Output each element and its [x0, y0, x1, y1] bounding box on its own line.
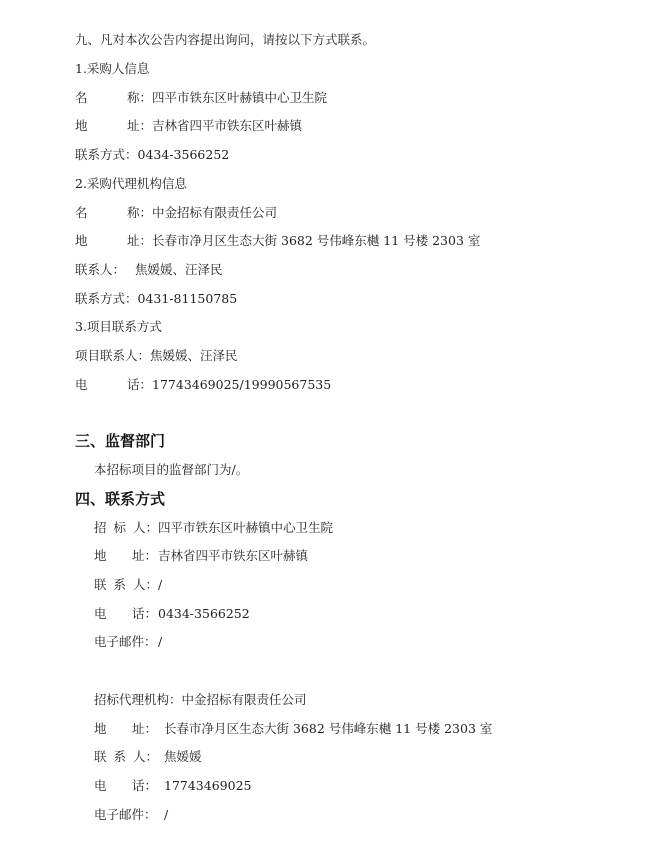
purchaser-name: 四平市铁东区叶赫镇中心卫生院 — [152, 90, 327, 105]
label-char: 联 — [94, 749, 107, 765]
supervision-text: 本招标项目的监督部门为/。 — [94, 462, 248, 478]
agency-name: 中金招标有限责任公司 — [152, 205, 277, 220]
agency-address: 长春市净月区生态大街 3682 号伟峰东樾 11 号楼 2303 室 — [152, 233, 480, 248]
agency-address: 长春市净月区生态大街 3682 号伟峰东樾 11 号楼 2303 室 — [164, 721, 492, 736]
tenderer-email-row: 电子邮件：/ — [94, 634, 162, 650]
label: 联系人： — [94, 577, 158, 593]
agency-info-title: 2.采购代理机构信息 — [75, 176, 187, 192]
tenderer-person-row: 联系人：/ — [94, 577, 162, 593]
section-four-heading: 四、联系方式 — [75, 489, 165, 509]
label-char: 系 — [113, 577, 126, 593]
label: 名 — [75, 205, 127, 221]
label-char: 标 — [113, 520, 126, 536]
agency-row: 招标代理机构：中金招标有限责任公司 — [94, 692, 307, 708]
agency-person-row: 联系人：焦媛媛、汪泽民 — [75, 262, 223, 278]
project-phone: 17743469025/19990567535 — [152, 377, 331, 392]
label: 招标人： — [94, 520, 158, 536]
label: 址： — [132, 548, 158, 564]
label: 招标代理机构： — [94, 692, 182, 707]
agency-person-row: 联系人：焦媛媛 — [94, 749, 202, 765]
purchaser-phone: 0434-3566252 — [138, 147, 230, 162]
tenderer-row: 招标人：四平市铁东区叶赫镇中心卫生院 — [94, 520, 333, 536]
label: 话： — [132, 606, 158, 622]
label: 联系方式： — [75, 291, 138, 306]
label-char: 系 — [113, 749, 126, 765]
agency-phone: 0431-81150785 — [138, 291, 238, 306]
label: 名 — [75, 90, 127, 106]
agency-email-row: 电子邮件：/ — [94, 807, 168, 823]
agency-address-row: 地址：长春市净月区生态大街 3682 号伟峰东樾 11 号楼 2303 室 — [75, 233, 480, 249]
section-nine-intro: 九、凡对本次公告内容提出询问，请按以下方式联系。 — [75, 32, 375, 48]
label-char: 人： — [133, 749, 158, 765]
label-char: 人： — [133, 577, 158, 593]
label: 话： — [132, 778, 164, 794]
tenderer-name: 四平市铁东区叶赫镇中心卫生院 — [158, 520, 333, 535]
agency-contact-row: 联系方式：0431-81150785 — [75, 291, 237, 307]
project-person: 焦媛媛、汪泽民 — [150, 348, 238, 363]
label: 电 — [94, 778, 132, 794]
purchaser-info-title: 1.采购人信息 — [75, 61, 149, 77]
label-char: 联 — [94, 577, 107, 593]
agency-person: 焦媛媛 — [164, 749, 202, 764]
tenderer-address-row: 地址：吉林省四平市铁东区叶赫镇 — [94, 548, 308, 564]
purchaser-name-row: 名称：四平市铁东区叶赫镇中心卫生院 — [75, 90, 327, 106]
project-phone-row: 电话：17743469025/19990567535 — [75, 377, 331, 393]
label: 地 — [75, 118, 127, 134]
agency-phone-row: 电话：17743469025 — [94, 778, 251, 794]
label: 地 — [94, 721, 132, 737]
label: 电 — [75, 377, 127, 393]
section-three-heading: 三、监督部门 — [75, 431, 165, 451]
label: 电 — [94, 606, 132, 622]
agency-address-row: 地址：长春市净月区生态大街 3682 号伟峰东樾 11 号楼 2303 室 — [94, 721, 492, 737]
label: 称： — [127, 205, 152, 220]
agency-name-row: 名称：中金招标有限责任公司 — [75, 205, 277, 221]
tenderer-email: / — [158, 634, 162, 649]
agency-person: 焦媛媛、汪泽民 — [135, 262, 223, 277]
tenderer-address: 吉林省四平市铁东区叶赫镇 — [158, 548, 308, 563]
label: 地 — [75, 233, 127, 249]
label: 址： — [127, 233, 152, 248]
label: 话： — [127, 377, 152, 392]
label: 称： — [127, 90, 152, 105]
label-char: 招 — [94, 520, 107, 536]
agency-phone: 17743469025 — [164, 778, 251, 793]
purchaser-contact-row: 联系方式：0434-3566252 — [75, 147, 229, 163]
agency-email: / — [164, 807, 168, 822]
label: 电子邮件： — [94, 807, 164, 823]
label: 址： — [132, 721, 164, 737]
label: 联系人： — [75, 262, 135, 278]
tenderer-phone-row: 电话：0434-3566252 — [94, 606, 250, 622]
label: 联系人： — [94, 749, 158, 765]
project-contact-title: 3.项目联系方式 — [75, 319, 162, 335]
purchaser-address-row: 地址：吉林省四平市铁东区叶赫镇 — [75, 118, 302, 134]
label-char: 人： — [133, 520, 158, 536]
project-person-row: 项目联系人：焦媛媛、汪泽民 — [75, 348, 238, 364]
agency-name: 中金招标有限责任公司 — [182, 692, 307, 707]
label: 电子邮件： — [94, 634, 158, 650]
label: 项目联系人： — [75, 348, 150, 363]
tenderer-person: / — [158, 577, 162, 592]
purchaser-address: 吉林省四平市铁东区叶赫镇 — [152, 118, 302, 133]
label: 址： — [127, 118, 152, 133]
tenderer-phone: 0434-3566252 — [158, 606, 250, 621]
label: 地 — [94, 548, 132, 564]
label: 联系方式： — [75, 147, 138, 162]
